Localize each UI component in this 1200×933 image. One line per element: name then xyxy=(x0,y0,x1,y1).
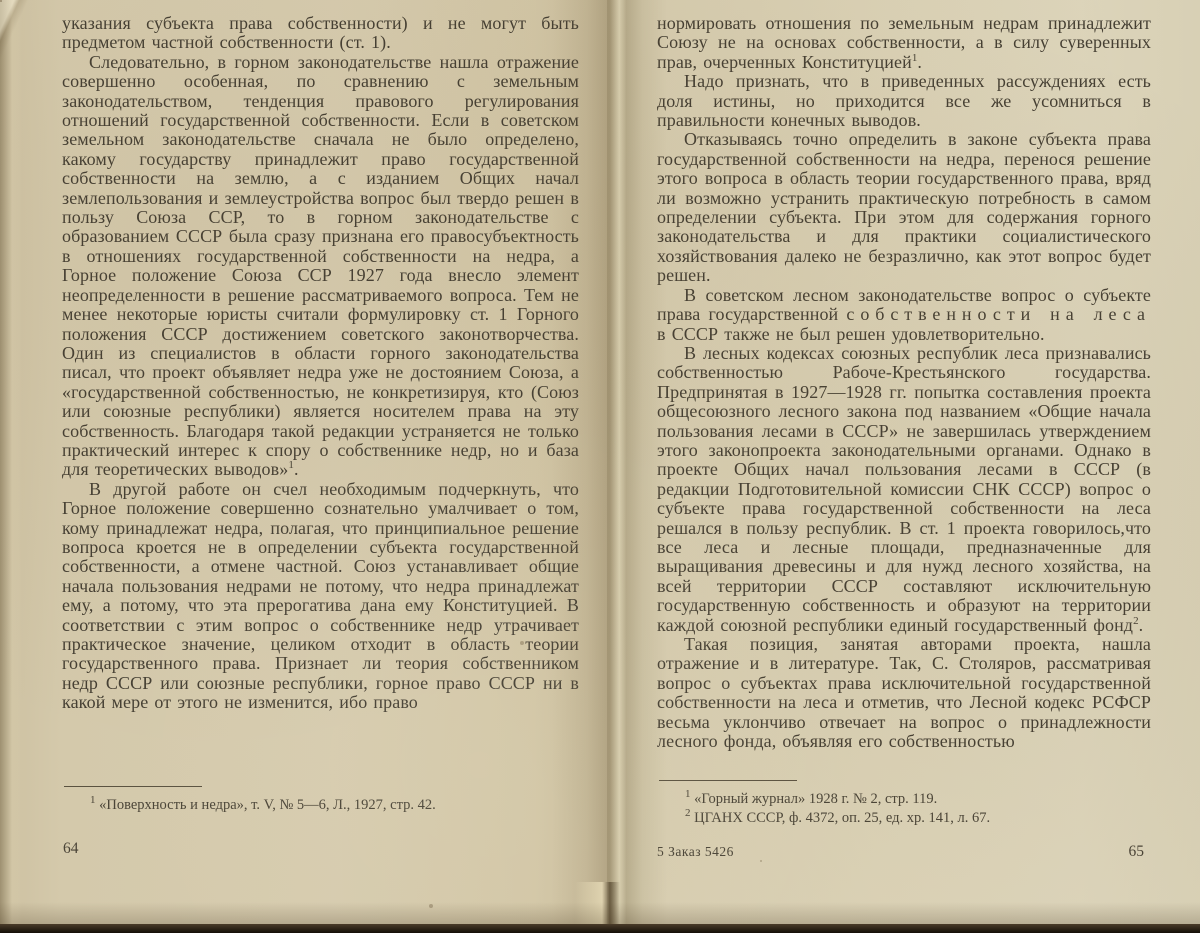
footnote-marker: 1 xyxy=(685,788,691,800)
left-text-column: указания субъекта права собственности) и… xyxy=(62,14,579,776)
right-page-footer: 5 Заказ 5426 65 xyxy=(657,843,1144,861)
left-footnote-area: 1 «Поверхность и недра», т. V, № 5—6, Л.… xyxy=(62,786,579,815)
text-run: . xyxy=(294,459,299,479)
text-run: . xyxy=(1139,615,1144,635)
paragraph: В советском лесном законодательстве вопр… xyxy=(657,286,1151,344)
text-run: . xyxy=(917,52,922,72)
page-number: 64 xyxy=(63,840,79,858)
left-page: указания субъекта права собственности) и… xyxy=(0,0,607,924)
footnote-marker: 1 xyxy=(90,794,96,806)
text-run: указания субъекта права собственности) и… xyxy=(62,14,579,52)
paragraph: указания субъекта права собственности) и… xyxy=(62,14,579,53)
paragraph: Надо признать, что в приведенных рассужд… xyxy=(657,72,1151,130)
book-bottom-edge xyxy=(0,924,1200,933)
footnote-rule xyxy=(659,780,797,781)
text-run: В лесных кодексах союзных республик леса… xyxy=(657,343,1151,635)
paragraph: Следовательно, в горном законодательстве… xyxy=(62,53,579,480)
footnote-marker: 2 xyxy=(685,807,691,819)
footnote-list: 1 «Горный журнал» 1928 г. № 2, стр. 119.… xyxy=(657,790,1151,828)
paragraph: Отказываясь точно определить в законе су… xyxy=(657,130,1151,285)
text-run: В другой работе он счел необходимым подч… xyxy=(62,479,579,712)
printer-mark: 5 Заказ 5426 xyxy=(657,844,734,860)
paragraph: нормировать отношения по земельным недра… xyxy=(657,14,1151,72)
book-spread: указания субъекта права собственности) и… xyxy=(0,0,1200,933)
footnote: 1 «Горный журнал» 1928 г. № 2, стр. 119. xyxy=(657,790,1151,809)
text-run: Надо признать, что в приведенных рассужд… xyxy=(657,71,1151,130)
footnote: 2 ЦГАНХ СССР, ф. 4372, оп. 25, ед. хр. 1… xyxy=(657,809,1151,828)
paper-speckles xyxy=(0,0,2,2)
text-run: в СССР также не был решен удовлетворител… xyxy=(657,324,1045,344)
footnote: 1 «Поверхность и недра», т. V, № 5—6, Л.… xyxy=(62,796,579,815)
paragraph: Такая позиция, занятая авторами проекта,… xyxy=(657,635,1151,751)
right-text-column: нормировать отношения по земельным недра… xyxy=(657,14,1151,776)
text-run: нормировать отношения по земельным недра… xyxy=(657,14,1151,72)
paragraph: В лесных кодексах союзных республик леса… xyxy=(657,344,1151,635)
page-number: 65 xyxy=(1129,843,1145,861)
text-run: Следовательно, в горном законодательстве… xyxy=(62,52,579,480)
text-run: собственности на леса xyxy=(846,304,1151,324)
text-run: Такая позиция, занятая авторами проекта,… xyxy=(657,634,1151,751)
footnote-list: 1 «Поверхность и недра», т. V, № 5—6, Л.… xyxy=(62,796,579,815)
footnote-rule xyxy=(64,786,202,787)
paragraph: В другой работе он счел необходимым подч… xyxy=(62,480,579,713)
right-page: нормировать отношения по земельным недра… xyxy=(607,0,1200,924)
text-run: Отказываясь точно определить в законе су… xyxy=(657,129,1151,285)
right-footnote-area: 1 «Горный журнал» 1928 г. № 2, стр. 119.… xyxy=(657,780,1151,828)
